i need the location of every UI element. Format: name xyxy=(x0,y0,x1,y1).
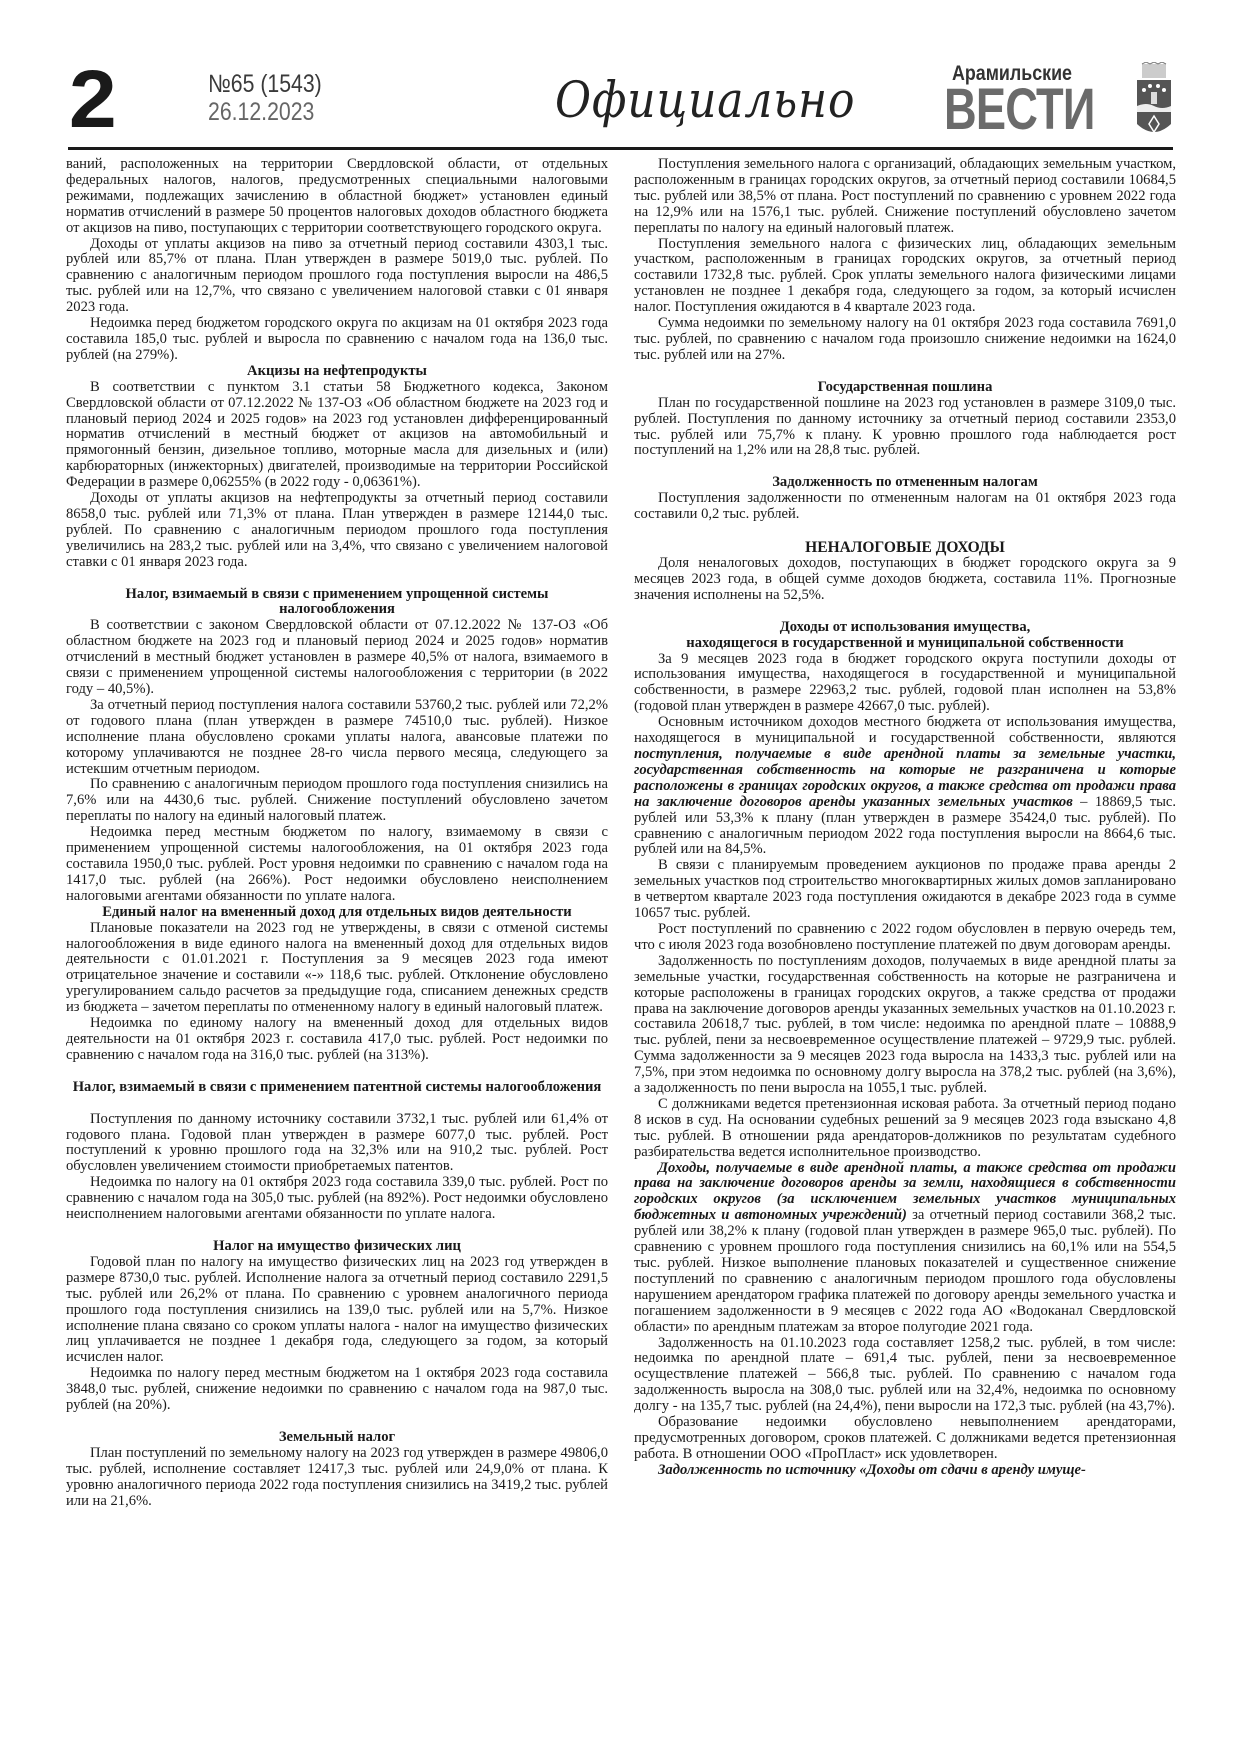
paragraph: План поступлений по земельному налогу на… xyxy=(66,1446,608,1510)
city-coat-of-arms-icon xyxy=(1134,62,1174,142)
paragraph: Недоимка по налогу перед местным бюджето… xyxy=(66,1366,608,1414)
paragraph: Поступления по данному источнику состави… xyxy=(66,1112,608,1176)
right-column: Поступления земельного налога с организа… xyxy=(634,157,1176,1479)
paragraph: Плановые показатели на 2023 год не утвер… xyxy=(66,921,608,1016)
paragraph: Поступления задолженности по отмененным … xyxy=(634,491,1176,523)
paragraph: План по государственной пошлине на 2023 … xyxy=(634,396,1176,460)
section-heading: Задолженность по отмененным налогам xyxy=(634,475,1176,491)
paragraph: За 9 месяцев 2023 года в бюджет городско… xyxy=(634,652,1176,716)
section-heading: Государственная пошлина xyxy=(634,380,1176,396)
section-heading: Налог, взимаемый в связи с применением у… xyxy=(66,587,608,619)
paragraph: Сумма недоимки по земельному налогу на 0… xyxy=(634,316,1176,364)
paragraph: Доходы от уплаты акцизов на нефтепродукт… xyxy=(66,491,608,571)
paragraph: Основным источником доходов местного бюд… xyxy=(634,715,1176,858)
paragraph: С должниками ведется претензионная исков… xyxy=(634,1097,1176,1161)
paragraph: Задолженность на 01.10.2023 года составл… xyxy=(634,1336,1176,1416)
left-column: ваний, расположенных на территории Сверд… xyxy=(66,157,608,1510)
issue-number: №65 (1543) xyxy=(208,70,322,98)
paragraph: Недоимка по единому налогу на вмененный … xyxy=(66,1016,608,1064)
section-heading: Единый налог на вмененный доход для отде… xyxy=(66,905,608,921)
paragraph: Доля неналоговых доходов, поступающих в … xyxy=(634,556,1176,604)
section-heading: Налог на имущество физических лиц xyxy=(66,1239,608,1255)
header-divider xyxy=(68,147,1173,150)
section-heading: Земельный налог xyxy=(66,1430,608,1446)
text: Основным источником доходов местного бюд… xyxy=(634,714,1176,746)
section-rubric: Официально xyxy=(555,70,855,130)
paragraph: Поступления земельного налога с организа… xyxy=(634,157,1176,237)
paragraph: По сравнению с аналогичным периодом прош… xyxy=(66,777,608,825)
paragraph: В соответствии с законом Свердловской об… xyxy=(66,618,608,698)
paragraph: В соответствии с пунктом 3.1 статьи 58 Б… xyxy=(66,380,608,491)
paragraph: Образование недоимки обусловлено невыпол… xyxy=(634,1415,1176,1463)
paragraph: Задолженность по поступлениям доходов, п… xyxy=(634,954,1176,1097)
section-heading: Налог, взимаемый в связи с применением п… xyxy=(66,1080,608,1096)
paragraph: Доходы, получаемые в виде арендной платы… xyxy=(634,1161,1176,1336)
section-heading: Доходы от использования имущества, xyxy=(634,620,1176,636)
paragraph: Поступления земельного налога с физическ… xyxy=(634,237,1176,317)
paragraph: Годовой план по налогу на имущество физи… xyxy=(66,1255,608,1366)
paragraph: Задолженность по источнику «Доходы от сд… xyxy=(634,1463,1176,1479)
paragraph: За отчетный период поступления налога со… xyxy=(66,698,608,778)
paragraph: В связи с планируемым проведением аукцио… xyxy=(634,858,1176,922)
issue-date: 26.12.2023 xyxy=(208,98,322,126)
paragraph: Недоимка перед местным бюджетом по налог… xyxy=(66,825,608,905)
paragraph: Недоимка перед бюджетом городского округ… xyxy=(66,316,608,364)
paragraph: ваний, расположенных на территории Сверд… xyxy=(66,157,608,237)
issue-info: №65 (1543) 26.12.2023 xyxy=(208,70,322,126)
page-number: 2 xyxy=(69,62,117,138)
newspaper-logo: Арамильские ВЕСТИ xyxy=(940,62,1130,142)
text: за отчетный период составили 368,2 тыс. … xyxy=(634,1207,1176,1334)
page-header: 2 №65 (1543) 26.12.2023 Официально Арами… xyxy=(0,0,1241,152)
major-heading: НЕНАЛОГОВЫЕ ДОХОДЫ xyxy=(634,539,1176,556)
paragraph: Недоимка по налогу на 01 октября 2023 го… xyxy=(66,1175,608,1223)
section-heading: находящегося в государственной и муницип… xyxy=(634,636,1176,652)
logo-title: ВЕСТИ xyxy=(944,80,1095,140)
section-heading: Акцизы на нефтепродукты xyxy=(66,364,608,380)
paragraph: Доходы от уплаты акцизов на пиво за отче… xyxy=(66,237,608,317)
paragraph: Рост поступлений по сравнению с 2022 год… xyxy=(634,922,1176,954)
